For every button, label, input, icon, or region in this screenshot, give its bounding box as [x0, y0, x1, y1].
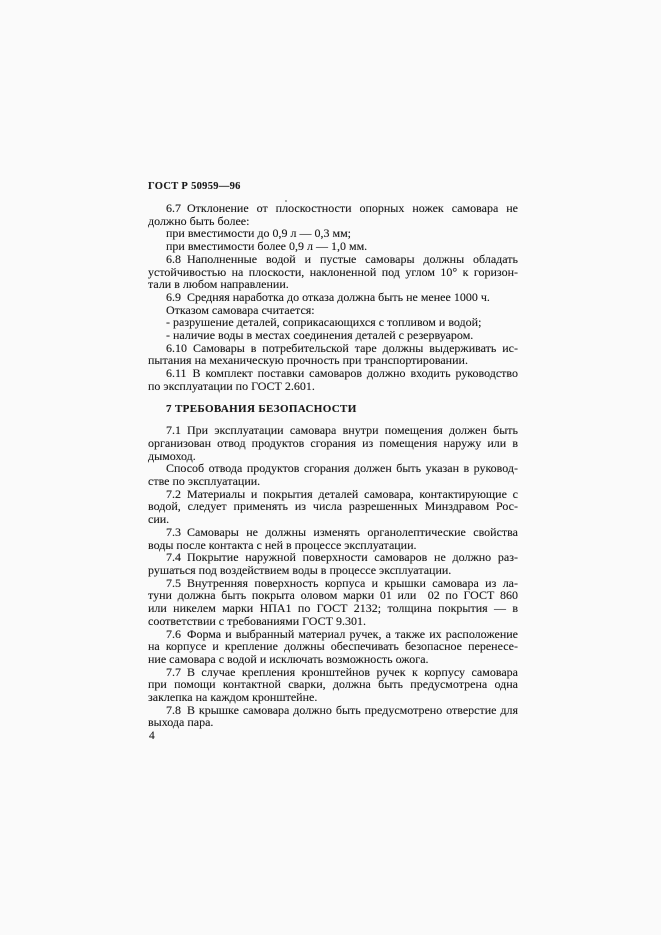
paragraph: Способ отвода продуктов сгорания должен … — [148, 462, 518, 487]
paragraph: 7.4 Покрытие наружной поверхности самова… — [148, 551, 518, 576]
text-block: 6.7 Отклонение от плоскостности опорных … — [148, 202, 518, 729]
text-line: ние самовара с водой и исключать возможн… — [148, 653, 518, 666]
text-line: 7.3 Самовары не должны изменять органоле… — [148, 526, 518, 539]
text-line: или никелем марки НПА1 по ГОСТ 2132; тол… — [148, 602, 518, 615]
text-line: 6.8 Наполненные водой и пустые самовары … — [148, 253, 518, 266]
section-heading-line: 7 ТРЕБОВАНИЯ БЕЗОПАСНОСТИ — [148, 403, 518, 416]
text-line: 6.9 Средняя наработка до отказа должна б… — [148, 291, 518, 304]
paragraph: 7.5 Внутренняя поверхность корпуса и кры… — [148, 577, 518, 628]
page-number: 4 — [149, 730, 155, 742]
text-line: - наличие воды в местах соединения детал… — [148, 329, 518, 342]
paragraph: 6.9 Средняя наработка до отказа должна б… — [148, 291, 518, 304]
text-line: стве по эксплуатации. — [148, 475, 518, 488]
paragraph: - наличие воды в местах соединения детал… — [148, 329, 518, 342]
document-page: ГОСТ Р 50959—96 6.7 Отклонение от плоско… — [0, 0, 661, 935]
paragraph: 7.2 Материалы и покрытия деталей самовар… — [148, 488, 518, 526]
text-line: 6.7 Отклонение от плоскостности опорных … — [148, 202, 518, 215]
text-line: сии. — [148, 513, 518, 526]
running-head: ГОСТ Р 50959—96 — [148, 181, 241, 192]
paragraph: 7.6 Форма и выбранный материал ручек, а … — [148, 628, 518, 666]
paragraph: 6.8 Наполненные водой и пустые самовары … — [148, 253, 518, 291]
section-heading: 7 ТРЕБОВАНИЯ БЕЗОПАСНОСТИ — [148, 403, 518, 416]
paragraph: 6.11 В комплект поставки самоваров должн… — [148, 367, 518, 392]
paragraph: 7.3 Самовары не должны изменять органоле… — [148, 526, 518, 551]
text-line: выхода пара. — [148, 716, 518, 729]
text-line: на корпусе и крепление должны обеспечива… — [148, 640, 518, 653]
text-line: заклепка на каждом кронштейне. — [148, 691, 518, 704]
text-line: при вместимости более 0,9 л — 1,0 мм. — [148, 240, 518, 253]
paragraph: 6.10 Самовары в потребительской таре дол… — [148, 342, 518, 367]
text-line: водой, следует применять из числа разреш… — [148, 500, 518, 513]
paragraph: 7.7 В случае крепления кронштейнов ручек… — [148, 666, 518, 704]
text-line: организован отвод продуктов сгорания из … — [148, 437, 518, 450]
text-line: соответствии с требованиями ГОСТ 9.301. — [148, 615, 518, 628]
text-line: рушаться под воздействием воды в процесс… — [148, 564, 518, 577]
text-line: 6.11 В комплект поставки самоваров должн… — [148, 367, 518, 380]
paragraph: 7.1 При эксплуатации самовара внутри пом… — [148, 424, 518, 462]
paragraph: 6.7 Отклонение от плоскостности опорных … — [148, 202, 518, 227]
paragraph: при вместимости более 0,9 л — 1,0 мм. — [148, 240, 518, 253]
text-line: по эксплуатации по ГОСТ 2.601. — [148, 380, 518, 393]
paragraph: 7.8 В крышке самовара должно быть предус… — [148, 704, 518, 729]
